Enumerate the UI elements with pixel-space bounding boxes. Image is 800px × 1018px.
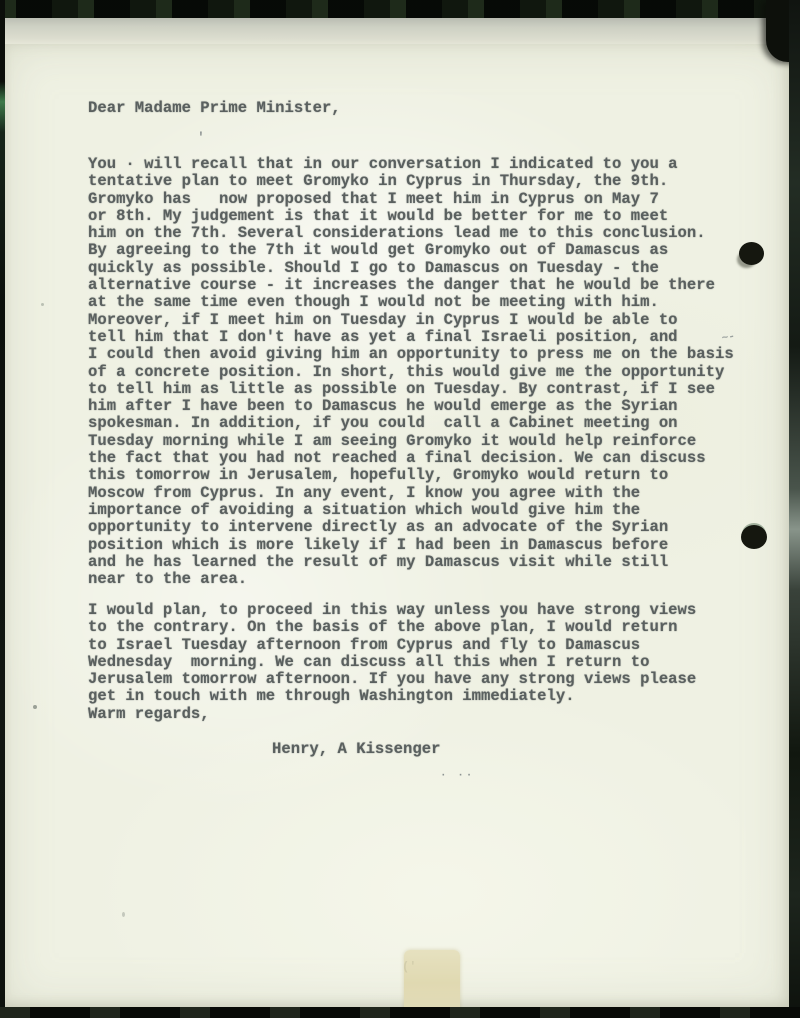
letter-paragraph-2: I would plan, to proceed in this way unl… [88, 602, 696, 706]
scan-left-edge [0, 0, 5, 1018]
letter-closing: Warm regards, [88, 706, 210, 723]
letter-paragraph-1: You · will recall that in our conversati… [88, 156, 734, 588]
scan-speck [33, 705, 37, 709]
letter-line: get in touch with me through Washington … [88, 688, 696, 705]
letter-line: Tuesday morning while I am seeing Gromyk… [88, 433, 734, 450]
letter-line: alternative course - it increases the da… [88, 277, 734, 294]
letter-line: quickly as possible. Should I go to Dama… [88, 260, 734, 277]
letter-line: Moreover, if I meet him on Tuesday in Cy… [88, 312, 734, 329]
letter-line: You · will recall that in our conversati… [88, 156, 734, 173]
letter-line: tell him that I don't have as yet a fina… [88, 329, 734, 346]
letter-line: or 8th. My judgement is that it would be… [88, 208, 734, 225]
letter-line: near to the area. [88, 571, 734, 588]
letter-line: this tomorrow in Jerusalem, hopefully, G… [88, 467, 734, 484]
scan-speck [122, 912, 125, 917]
letter-line: to Israel Tuesday afternoon from Cyprus … [88, 637, 696, 654]
letter-line: of a concrete position. In short, this w… [88, 364, 734, 381]
letter-line: Wednesday morning. We can discuss all th… [88, 654, 696, 671]
scan-right-edge [789, 0, 800, 1018]
letter-salutation: Dear Madame Prime Minister, [88, 100, 341, 117]
scan-bottom-edge [0, 1007, 800, 1018]
letter-line: and he has learned the result of my Dama… [88, 554, 734, 571]
letter-line: tentative plan to meet Gromyko in Cyprus… [88, 173, 734, 190]
binder-hole-mark-top [739, 242, 764, 265]
letter-line: to tell him as little as possible on Tue… [88, 381, 734, 398]
scanned-letter-page: Dear Madame Prime Minister, You · will r… [0, 0, 800, 1018]
letter-line: Gromyko has now proposed that I meet him… [88, 191, 734, 208]
letter-line: the fact that you had not reached a fina… [88, 450, 734, 467]
letter-line: Warm regards, [88, 706, 210, 723]
scan-dot-marks: · ·· [440, 770, 474, 782]
binder-hole-mark-bottom [741, 525, 767, 549]
letter-line: I could then avoid giving him an opportu… [88, 346, 734, 363]
letter-line: Henry, A Kissenger [272, 741, 440, 758]
letter-line: importance of avoiding a situation which… [88, 502, 734, 519]
letter-line: I would plan, to proceed in this way unl… [88, 602, 696, 619]
scan-top-edge [0, 0, 800, 18]
letter-line: Jerusalem tomorrow afternoon. If you hav… [88, 671, 696, 688]
tape-remnant [404, 950, 460, 1010]
letter-line: position which is more likely if I had b… [88, 537, 734, 554]
scan-pencil-squiggle: ~- [721, 331, 736, 345]
letter-line: to the contrary. On the basis of the abo… [88, 619, 696, 636]
letter-signature: Henry, A Kissenger [272, 741, 440, 758]
letter-line: opportunity to intervene directly as an … [88, 519, 734, 536]
letter-line: him on the 7th. Several considerations l… [88, 225, 734, 242]
letter-paper: Dear Madame Prime Minister, You · will r… [4, 44, 790, 1008]
scan-stray-mark: ' [197, 130, 205, 145]
letter-line: spokesman. In addition, if you could cal… [88, 415, 734, 432]
letter-line: at the same time even though I would not… [88, 294, 734, 311]
underlying-sheet-edge [2, 16, 790, 46]
letter-line: Dear Madame Prime Minister, [88, 100, 341, 117]
letter-line: Moscow from Cyprus. In any event, I know… [88, 485, 734, 502]
letter-line: him after I have been to Damascus he wou… [88, 398, 734, 415]
scan-speck [41, 303, 44, 306]
letter-line: By agreeing to the 7th it would get Grom… [88, 242, 734, 259]
